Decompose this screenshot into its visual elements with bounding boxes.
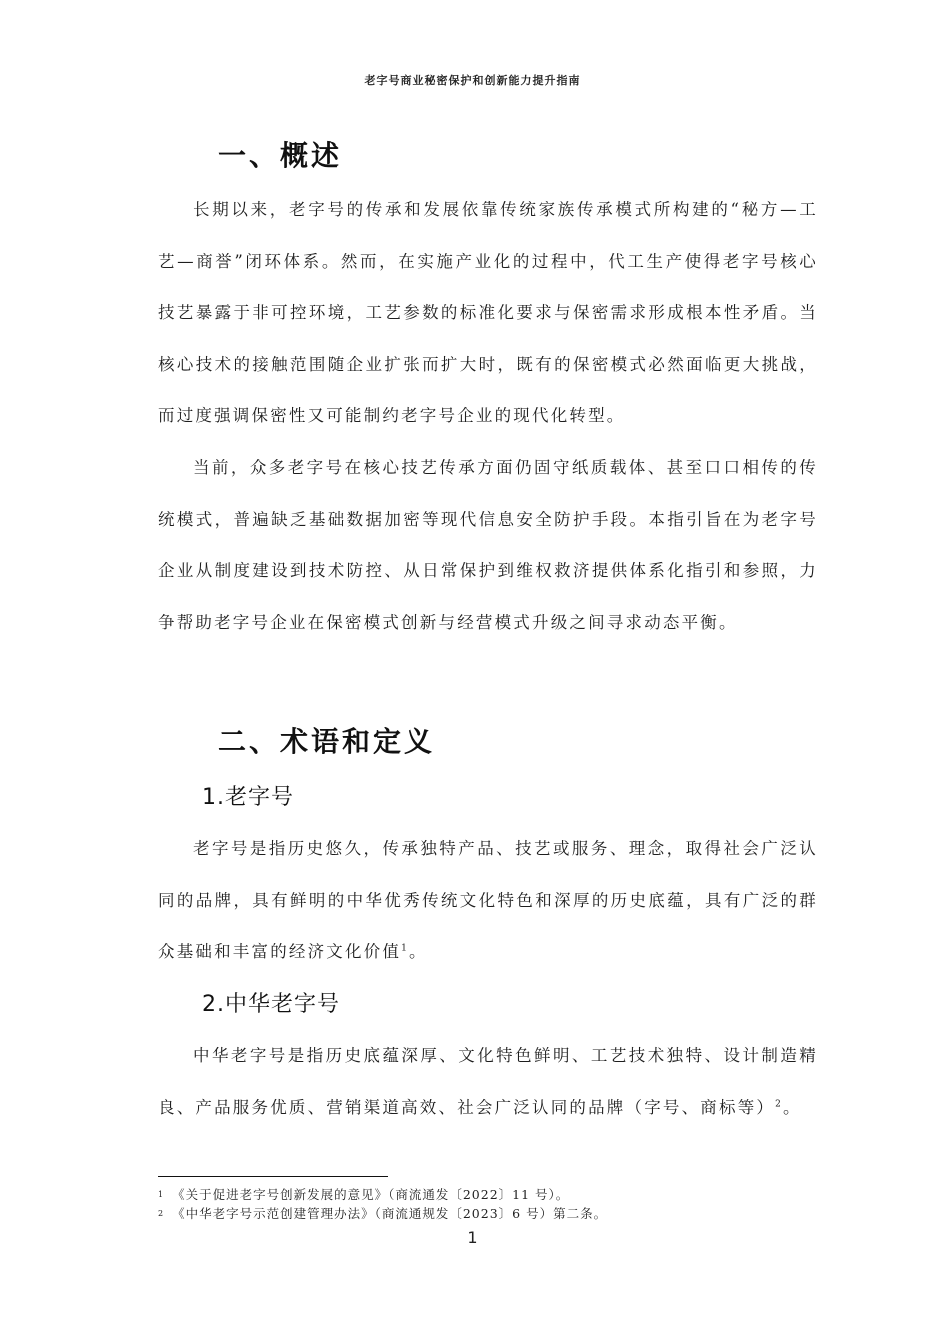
definition-text: 老字号是指历史悠久，传承独特产品、技艺或服务、理念，取得社会广泛认同的品牌，具有…	[158, 839, 818, 961]
footnotes: 1《关于促进老字号创新发展的意见》（商流通发〔2022〕11 号）。 2《中华老…	[158, 1185, 818, 1223]
subsection-heading-zhonghua-laozihao: 2.中华老字号	[202, 987, 340, 1018]
definition-paragraph-zhonghua-laozihao: 中华老字号是指历史底蕴深厚、文化特色鲜明、工艺技术独特、设计制造精良、产品服务优…	[158, 1030, 818, 1133]
footnote-mark: 1	[158, 1190, 164, 1199]
footnote-text: 《关于促进老字号创新发展的意见》（商流通发〔2022〕11 号）。	[172, 1187, 569, 1202]
section-heading-overview: 一、概述	[218, 134, 342, 174]
page-number: 1	[0, 1228, 945, 1247]
overview-paragraph-2: 当前，众多老字号在核心技艺传承方面仍固守纸质载体、甚至口口相传的传统模式，普遍缺…	[158, 442, 818, 648]
footnote-ref-1[interactable]: 1	[401, 944, 409, 954]
subsection-heading-laozihao: 1.老字号	[202, 780, 294, 811]
footnote-ref-2[interactable]: 2	[775, 1099, 783, 1109]
footnote-2: 2《中华老字号示范创建管理办法》（商流通规发〔2023〕6 号）第二条。	[158, 1204, 818, 1223]
overview-paragraph-1: 长期以来，老字号的传承和发展依靠传统家族传承模式所构建的“秘方—工艺—商誉”闭环…	[158, 184, 818, 442]
section-heading-terms: 二、术语和定义	[218, 720, 435, 760]
definition-paragraph-laozihao: 老字号是指历史悠久，传承独特产品、技艺或服务、理念，取得社会广泛认同的品牌，具有…	[158, 823, 818, 978]
sentence-end: 。	[409, 942, 428, 961]
footnote-text: 《中华老字号示范创建管理办法》（商流通规发〔2023〕6 号）第二条。	[172, 1206, 607, 1221]
footnote-1: 1《关于促进老字号创新发展的意见》（商流通发〔2022〕11 号）。	[158, 1185, 818, 1204]
running-header: 老字号商业秘密保护和创新能力提升指南	[0, 72, 945, 88]
footnote-separator	[158, 1176, 388, 1177]
definition-text: 中华老字号是指历史底蕴深厚、文化特色鲜明、工艺技术独特、设计制造精良、产品服务优…	[158, 1046, 818, 1117]
footnote-mark: 2	[158, 1209, 164, 1218]
sentence-end: 。	[783, 1098, 802, 1117]
